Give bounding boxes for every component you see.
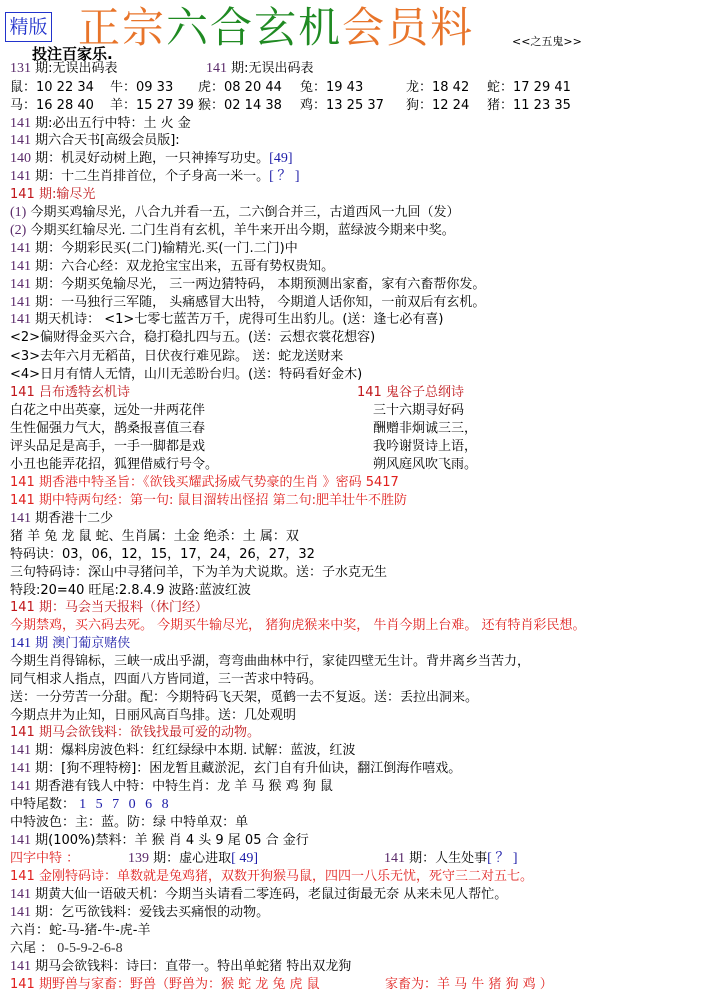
poem-left-title: 141 吕布透特玄机诗 — [10, 384, 130, 402]
line-macau-gambler: 141 期 澳门葡京赌侠 — [10, 635, 130, 653]
title-char: 合 — [210, 3, 254, 52]
line-three-verses: 三句特码诗：深山中寻猪问羊，下为羊为犬说欺。送：子水克无生 — [10, 564, 387, 582]
title-char: 宗 — [122, 3, 166, 52]
title-char: 玄 — [254, 3, 298, 52]
line-two-doors: 141 期：今期彩民买(二门)输精光.买(一门.二门)中 — [10, 240, 298, 258]
line-poem-4: <4>日月有情人无情，山川无恙盼台归。(送：特码看好金木) — [10, 366, 362, 384]
line-140-riddle: 140 期：机灵好动树上跑，一只神捧写功史。[49] — [10, 150, 292, 168]
line-dog-list: 141 期：[狗不理特榜]：困龙暂且藏淤泥，玄门自有升仙诀，翻江倒海作嘻戏。 — [10, 760, 461, 778]
line-heaven-poem: 141 期天机诗： <1>七零七蓝苦万千，虎得可生出豹儿。(送：逢七必有喜) — [10, 311, 443, 329]
premium-badge: 精版 — [5, 12, 52, 42]
poem-right-title: 141 鬼谷子总纲诗 — [357, 384, 464, 402]
title-char: 机 — [298, 3, 342, 52]
line-131-table: 131 期:无误出码表 — [10, 60, 118, 78]
line-four-char: 四字中特 ： 139 期：虚心进取[ 49] 141 期：人生处事[ ？ ] — [10, 850, 700, 868]
line-code-formula: 特码诀：03，06，12，15，17，24，26，27，32 — [10, 546, 315, 564]
line-jockey-poem: 141 期马会欲钱料：诗曰：直带一。特出单蛇猪 特出双龙狗 — [10, 958, 351, 976]
line-poem-2: <2>偏财得金买六合，稳打稳扎四与五。(送：云想衣裳花想容) — [10, 329, 375, 347]
line-horse: 141 期：一马独行三军随， 头痛感冒大出特， 今期道人话你知，一前双后有玄机。 — [10, 294, 485, 312]
title-char: 料 — [430, 3, 474, 52]
line-six-tails: 六尾 ： 0-5-9-2-6-8 — [10, 940, 123, 958]
line-hk-twelve: 141 期香港十二少 — [10, 510, 113, 528]
title-char: 会 — [342, 3, 386, 52]
poem-right-line: 我吟谢贤诗上语， — [373, 438, 477, 456]
poem-left-line: 小丑也能弄花招，狐狸借威行号令。 — [10, 456, 218, 474]
line-two-phrases: 141 期中特两句经：第一句: 鼠目溜转出怪招 第二句:肥羊壮牛不胜防 — [10, 492, 407, 510]
line-rich-man: 141 期香港有钱人中特：中特生肖：龙 羊 马 猴 鸡 狗 鼠 — [10, 778, 333, 796]
line-zodiac-list: 猪 羊 兔 龙 鼠 蛇、生肖属：土金 绝杀：土 属：双 — [10, 528, 299, 546]
line-heart-sutra: 141 期：六合心经：双龙抢宝宝出来，五哥有势权贵知。 — [10, 258, 334, 276]
line-wong-tai-sin: 141 期黄大仙一语破天机：今期当头请看二零连码，老鼠过街最无奈 从来未见人帮忙… — [10, 886, 507, 904]
line-heavenly-book: 141 期六合天书[高级会员版]: — [10, 132, 180, 150]
line-poem-3: <3>去年六月无稻苗，日伏夜行难见踪。 送：蛇龙送财来 — [10, 348, 343, 366]
section-heading-lose-all: 141 期:输尽光 — [10, 186, 95, 204]
poem-right-line: 酬赠非炯诚三三， — [373, 420, 477, 438]
line-141-riddle: 141 期：十二生肖排首位，个子身高一米一。[ ？ ] — [10, 168, 299, 186]
line-vajra-poem: 141 金刚特码诗：单数就是兔鸡猪，双数开狗猴马鼠，四四一八乐无忧，死守三二对五… — [10, 868, 533, 886]
line-141-table: 141 期:无误出码表 — [206, 60, 314, 78]
line-lose-1: (1) 今期买鸡输尽光，八合九并看一五，二六倒合并三，古道西风一九回（发） — [10, 204, 459, 222]
line-gambler-2: 同气相求人指点，四面八方皆同道，三一苦求中特码。 — [10, 671, 322, 689]
poem-left-line: 白花之中出英豪，远处一井两花伴 — [10, 402, 205, 420]
line-wave-color: 141 期：爆料房波色料：红红绿绿中本期. 试解：蓝波，红波 — [10, 742, 355, 760]
subtitle: <<之五鬼>> — [512, 33, 582, 49]
line-wild-domestic: 141 期野兽与家畜：野兽（野兽为：猴 蛇 龙 兔 虎 鼠 家畜为：羊 马 牛 … — [10, 976, 700, 994]
line-tail-numbers: 中特尾数： 1 5 7 0 6 8 — [10, 796, 172, 814]
line-banned-100: 141 期(100%)禁料：羊 猴 肖 4 头 9 尾 05 合 金行 — [10, 832, 309, 850]
title-char: 六 — [166, 3, 210, 52]
line-gambler-1: 今期生肖得锦标，三峡一成出乎湖，弯弯曲曲林中行，家徒四壁无生计。背井离乡当苦力， — [10, 653, 530, 671]
page-title: 正宗六合玄机会员料 — [78, 2, 474, 54]
poem-left-line: 评头品足是高手，一手一脚都是戏 — [10, 438, 205, 456]
title-char: 员 — [386, 3, 430, 52]
poem-right-line: 朔风庭风吹飞雨。 — [373, 456, 477, 474]
line-jockey-report: 141 期：马会当天报料（休门经） — [10, 599, 208, 617]
line-gambler-3: 送：一分劳苦一分甜。配：今期特码飞天架，觅鹤一去不复返。送：丢拉出洞来。 — [10, 689, 478, 707]
line-rabbit: 141 期：今期买兔输尽光， 三一两边猜特码， 本期预测出家畜，家有六畜帮你发。 — [10, 276, 485, 294]
line-banned-rooster: 今期禁鸡，买六码去死。 今期买牛输尽光， 猪狗虎猴来中奖， 牛肖今期上台难。 还… — [10, 617, 586, 635]
line-gambler-4: 今期点井为止知，日丽风高百鸟排。送：几处观明 — [10, 707, 296, 725]
line-six-zodiac: 六肖：蛇-马-猪-牛-虎-羊 — [10, 922, 150, 940]
poem-left-line: 生性倔强力气大，鹊桑报喜值三春 — [10, 420, 205, 438]
line-wave-main: 中特波色：主：蓝。防：绿 中特单双：单 — [10, 814, 248, 832]
line-five-elements: 141 期:必出五行中特：土 火 金 — [10, 115, 191, 133]
poem-right-line: 三十六期寻好码 — [373, 402, 464, 420]
line-special-segment: 特段:20=40 旺尾:2.8.4.9 波路:蓝波红波 — [10, 582, 251, 600]
line-lose-2: (2) 今期买红输尽光. 二门生肖有玄机，羊牛来开出今期，蓝绿波今期来中奖。 — [10, 222, 455, 240]
line-beggar: 141 期：乞丐欲钱料：爱钱去买痛恨的动物。 — [10, 904, 269, 922]
line-cute-animal: 141 期马会欲钱料：欲钱找最可爱的动物。 — [10, 724, 260, 742]
line-hk-decree: 141 期香港中特圣旨：《欲钱买耀武扬威气势豪的生肖 》密码 5417 — [10, 474, 399, 492]
